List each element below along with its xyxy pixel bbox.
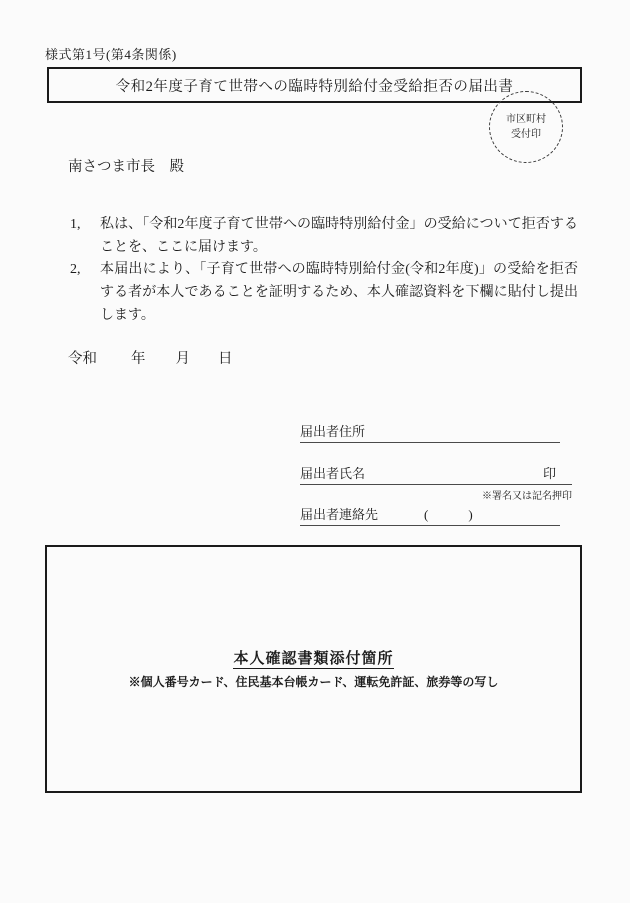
clause-2-text: 本届出により、「子育て世帯への臨時特別給付金(令和2年度)」の受給を拒否する者が… xyxy=(100,258,578,327)
document-title: 令和2年度子育て世帯への臨時特別給付金受給拒否の届出書 xyxy=(116,75,514,96)
date-line: 令和 年 月 日 xyxy=(68,347,233,368)
seal-note: ※署名又は記名押印 xyxy=(300,487,572,502)
applicant-contact-label: 届出者連絡先 xyxy=(300,504,378,523)
applicant-contact-field: 届出者連絡先 ( ) xyxy=(300,505,560,526)
stamp-line-1: 市区町村 xyxy=(506,112,546,127)
attachment-box-note: ※個人番号カード、住民基本台帳カード、運転免許証、旅券等の写し xyxy=(47,673,580,690)
id-attachment-box: 本人確認書類添付箇所 ※個人番号カード、住民基本台帳カード、運転免許証、旅券等の… xyxy=(45,545,582,793)
date-day-label: 日 xyxy=(218,347,233,368)
date-year-label: 年 xyxy=(131,347,146,368)
document-page: 様式第1号(第4条関係) 令和2年度子育て世帯への臨時特別給付金受給拒否の届出書… xyxy=(0,0,630,903)
clause-item-2: 2, 本届出により、「子育て世帯への臨時特別給付金(令和2年度)」の受給を拒否す… xyxy=(70,258,578,327)
clause-2-number: 2, xyxy=(70,258,100,327)
applicant-address-label: 届出者住所 xyxy=(300,421,365,440)
document-title-box: 令和2年度子育て世帯への臨時特別給付金受給拒否の届出書 xyxy=(47,67,582,103)
receipt-stamp-circle: 市区町村 受付印 xyxy=(489,91,563,163)
applicant-name-field: 届出者氏名 印 xyxy=(300,464,572,485)
addressee-line: 南さつま市長 殿 xyxy=(68,155,184,176)
contact-paren-open: ( xyxy=(424,507,428,523)
applicant-name-label: 届出者氏名 xyxy=(300,463,365,482)
attachment-box-title: 本人確認書類添付箇所 xyxy=(47,647,580,668)
date-era-label: 令和 xyxy=(68,347,97,368)
stamp-line-2: 受付印 xyxy=(511,127,541,142)
clause-1-number: 1, xyxy=(70,213,100,259)
date-month-label: 月 xyxy=(176,347,191,368)
contact-paren-close: ) xyxy=(468,507,472,523)
form-number-label: 様式第1号(第4条関係) xyxy=(45,44,177,63)
seal-mark: 印 xyxy=(543,463,556,482)
clause-item-1: 1, 私は、「令和2年度子育て世帯への臨時特別給付金」の受給について拒否すること… xyxy=(70,213,578,259)
clause-1-text: 私は、「令和2年度子育て世帯への臨時特別給付金」の受給について拒否することを、こ… xyxy=(100,213,578,259)
applicant-address-field: 届出者住所 xyxy=(300,422,560,443)
